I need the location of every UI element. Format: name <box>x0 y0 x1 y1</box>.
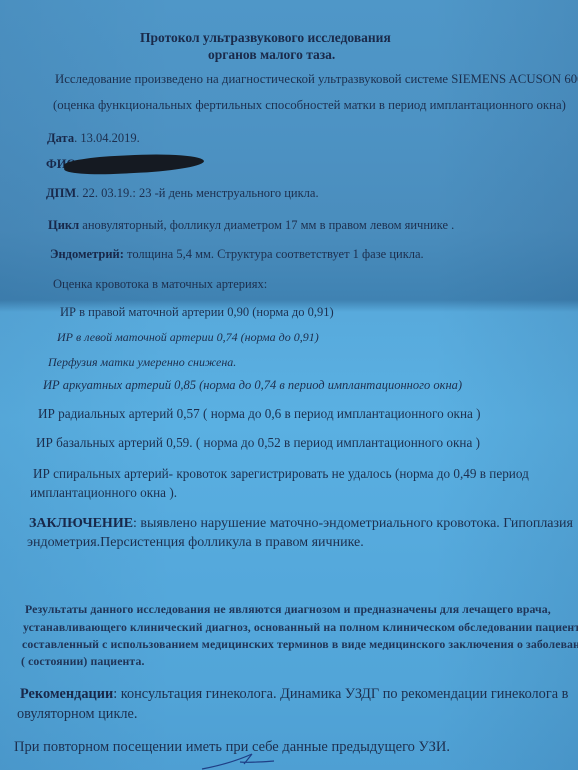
cycle-value: ановуляторный, фолликул диаметром 17 мм … <box>79 218 454 232</box>
ri-basal-arteries: ИР базальных артерий 0,59. ( норма до 0,… <box>36 434 480 452</box>
intro-line2: (оценка функциональных фертильных способ… <box>53 98 566 113</box>
disclaimer-line4: ( состоянии) пациента. <box>21 653 145 670</box>
lmp-label: ДПМ <box>46 186 76 200</box>
blood-flow-heading: Оценка кровотока в маточных артериях: <box>53 277 267 292</box>
date-value: . 13.04.2019. <box>74 131 140 145</box>
endometrium-label: Эндометрий: <box>50 247 124 261</box>
recommendations-line1: Рекомендации: консультация гинеколога. Д… <box>20 685 568 703</box>
last-menstrual-period: ДПМ. 22. 03.19.: 23 -й день менструально… <box>46 186 319 201</box>
intro-line1: Исследование произведено на диагностичес… <box>55 72 578 87</box>
ri-spiral-arteries-line2: имплантационного окна ). <box>30 484 177 502</box>
disclaimer-line1: Результаты данного исследования не являю… <box>25 601 551 618</box>
exam-date: Дата. 13.04.2019. <box>47 131 140 146</box>
endometrium-info: Эндометрий: толщина 5,4 мм. Структура со… <box>50 247 424 262</box>
disclaimer-line2: устанавливающего клинический диагноз, ос… <box>23 619 578 636</box>
disclaimer-line3: составленный с использованием медицински… <box>22 636 578 653</box>
ri-radial-arteries: ИР радиальных артерий 0,57 ( норма до 0,… <box>38 405 481 423</box>
ri-arcuate-text: ИР аркуатных артерий 0,85 (норма до 0,74… <box>43 378 462 392</box>
recommendations-label: Рекомендации <box>20 686 113 702</box>
ri-arcuate-arteries: ИР аркуатных артерий 0,85 (норма до 0,74… <box>43 378 462 393</box>
conclusion-label: ЗАКЛЮЧЕНИЕ <box>29 516 133 531</box>
conclusion-text: : выявлено нарушение маточно-эндометриал… <box>133 516 573 531</box>
conclusion-line2: эндометрия.Персистенция фолликула в прав… <box>27 534 364 552</box>
cycle-info: Цикл ановуляторный, фолликул диаметром 1… <box>48 218 454 233</box>
endometrium-value: толщина 5,4 мм. Структура соответствует … <box>124 247 424 261</box>
document-title-line2: органов малого таза. <box>208 47 335 62</box>
cycle-label: Цикл <box>48 218 79 232</box>
name-redaction-scribble <box>64 151 205 176</box>
document-title-line1: Протокол ультразвукового исследования <box>140 30 391 45</box>
signature-stroke <box>200 752 280 770</box>
lmp-value: . 22. 03.19.: 23 -й день менструального … <box>76 186 318 200</box>
date-label: Дата <box>47 131 74 145</box>
uterine-perfusion: Перфузия матки умеренно снижена. <box>48 355 236 370</box>
ri-spiral-arteries-line1: ИР спиральных артерий- кровоток зарегист… <box>33 465 529 483</box>
recommendations-line2: овуляторном цикле. <box>17 705 137 723</box>
ri-left-uterine-artery: ИР в левой маточной артерии 0,74 (норма … <box>57 330 319 345</box>
conclusion-line1: ЗАКЛЮЧЕНИЕ: выявлено нарушение маточно-э… <box>29 515 573 533</box>
ri-right-uterine-artery: ИР в правой маточной артерии 0,90 (норма… <box>60 305 334 320</box>
recommendations-text: : консультация гинеколога. Динамика УЗДГ… <box>113 686 568 702</box>
